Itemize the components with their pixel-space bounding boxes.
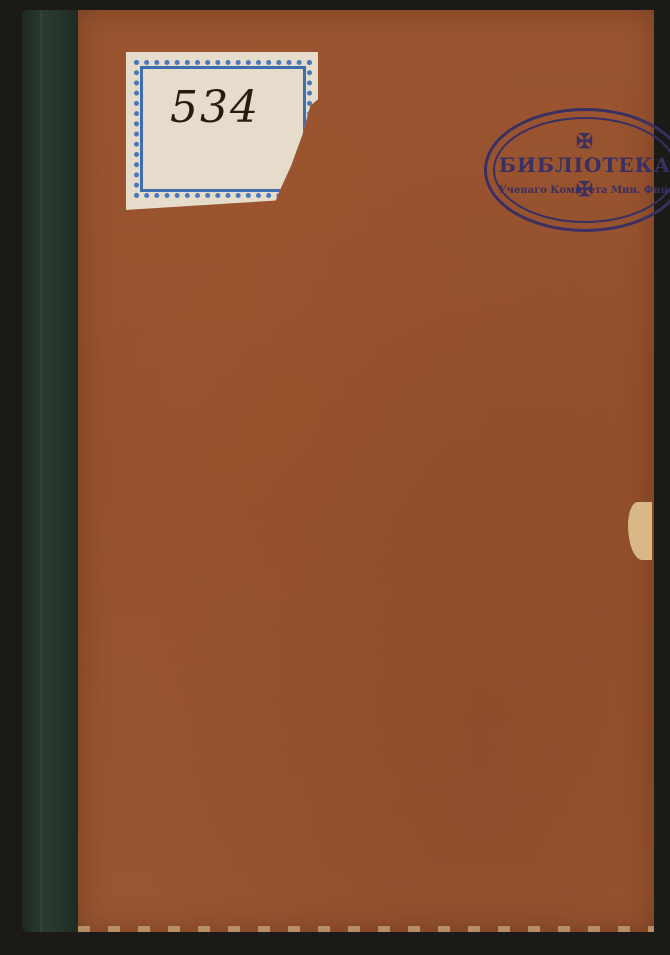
- book-spine: [22, 10, 78, 932]
- book: 534 ✠ БИБЛІОТЕКА ✠ Ученаго Комитета Мин.…: [22, 10, 654, 932]
- catalog-number: 534: [170, 82, 260, 133]
- library-stamp: ✠ БИБЛІОТЕКА ✠ Ученаго Комитета Мин. Фин…: [484, 108, 670, 232]
- cover-tear: [628, 502, 652, 560]
- stamp-subtitle: Ученаго Комитета Мин. Фин.: [487, 185, 670, 196]
- catalog-label: 534: [126, 52, 318, 210]
- book-cover: 534 ✠ БИБЛІОТЕКА ✠ Ученаго Комитета Мин.…: [78, 10, 654, 932]
- cover-edge-wear: [78, 926, 654, 932]
